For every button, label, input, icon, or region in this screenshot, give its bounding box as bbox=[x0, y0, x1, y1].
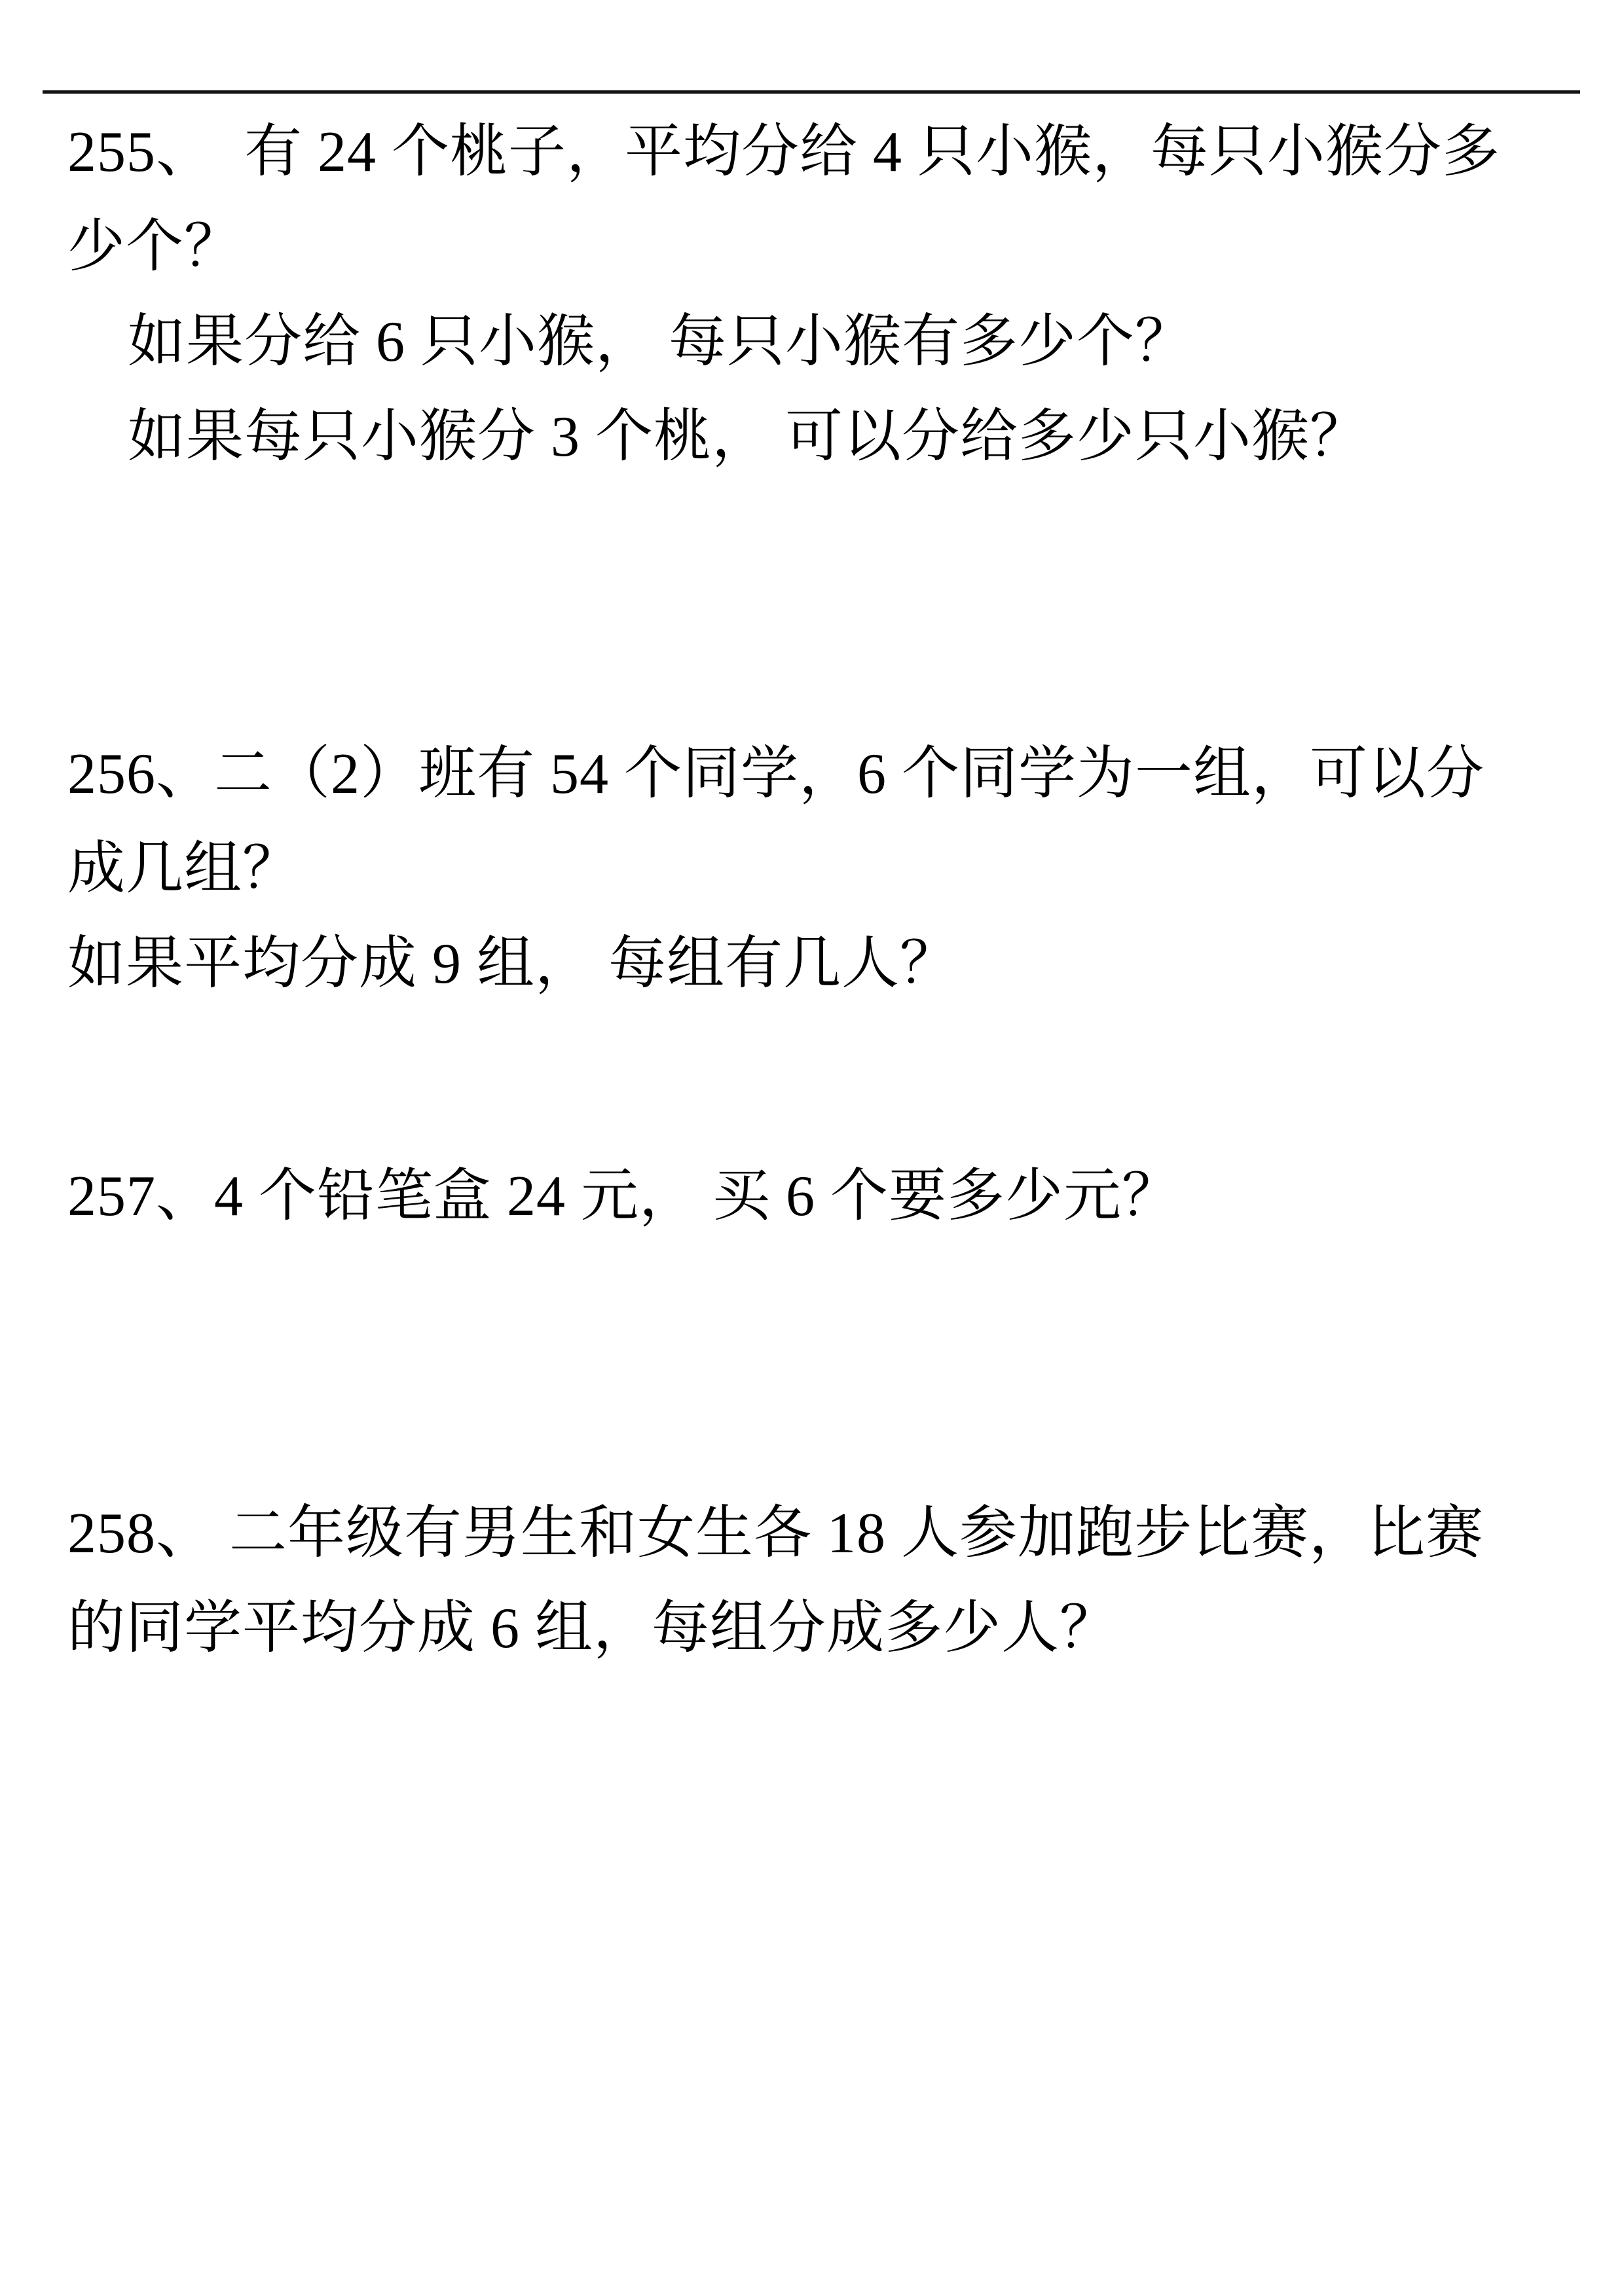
text-line: 258、 二年级有男生和女生各 18 人参加跑步比赛，比赛 bbox=[67, 1486, 1567, 1581]
text-line: 成几组？ bbox=[67, 822, 1567, 917]
worksheet-page: 255、 有 24 个桃子，平均分给 4 只小猴，每只小猴分多 少个？ 如果分给… bbox=[0, 0, 1624, 2296]
text-line: 的同学平均分成 6 组，每组分成多少人？ bbox=[67, 1581, 1567, 1676]
text-line: 如果分给 6 只小猴， 每只小猴有多少个？ bbox=[67, 295, 1567, 390]
text-line: 如果平均分成 9 组， 每组有几人？ bbox=[67, 917, 1567, 1011]
page-content: 255、 有 24 个桃子，平均分给 4 只小猴，每只小猴分多 少个？ 如果分给… bbox=[67, 105, 1567, 1676]
text-line: 如果每只小猴分 3 个桃， 可以分给多少只小猴？ bbox=[67, 390, 1567, 484]
problem-255: 255、 有 24 个桃子，平均分给 4 只小猴，每只小猴分多 少个？ 如果分给… bbox=[67, 105, 1567, 484]
text-line: 255、 有 24 个桃子，平均分给 4 只小猴，每只小猴分多 bbox=[67, 105, 1567, 200]
problem-256: 256、二（2）班有 54 个同学，6 个同学为一组，可以分 成几组？ 如果平均… bbox=[67, 727, 1567, 1011]
problem-257: 257、4 个铅笔盒 24 元， 买 6 个要多少元？ bbox=[67, 1149, 1567, 1244]
text-line: 256、二（2）班有 54 个同学，6 个同学为一组，可以分 bbox=[67, 727, 1567, 822]
top-horizontal-rule bbox=[43, 90, 1580, 94]
text-line: 257、4 个铅笔盒 24 元， 买 6 个要多少元？ bbox=[67, 1149, 1567, 1244]
problem-258: 258、 二年级有男生和女生各 18 人参加跑步比赛，比赛 的同学平均分成 6 … bbox=[67, 1486, 1567, 1676]
text-line: 少个？ bbox=[67, 200, 1567, 295]
